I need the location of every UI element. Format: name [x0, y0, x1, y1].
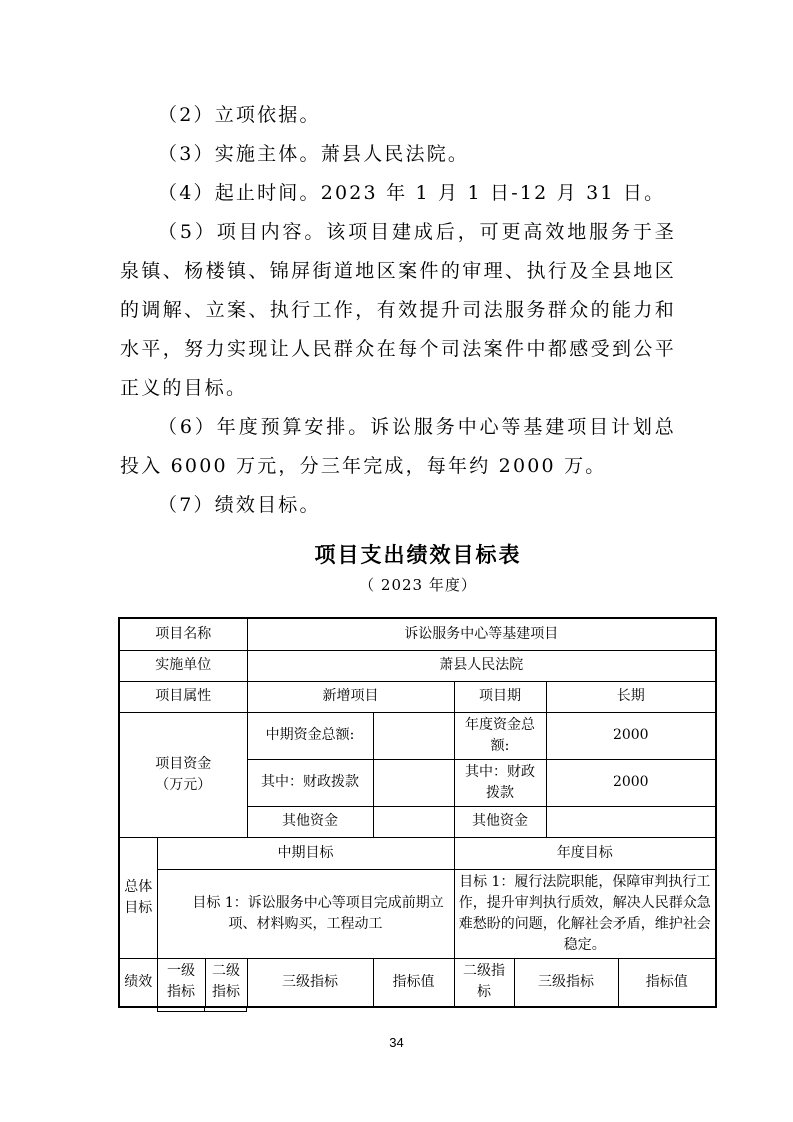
cell-mid-fiscal-value [373, 759, 454, 806]
cell-annual-goal-text: 目标 1：履行法院职能，保障审判执行工作，提升审判执行质效，解决人民群众急难愁盼… [454, 869, 716, 958]
cell-indicator-value-header-annual: 指标值 [618, 958, 716, 1007]
table-row: 目标 1：诉讼服务中心等项目完成前期立项、材料购买，工程动工 目标 1：履行法院… [119, 869, 716, 958]
document-page: （2）立项依据。 （3）实施主体。萧县人民法院。 （4）起止时间。2023 年 … [0, 0, 793, 1122]
cell-level2-indicator-header-annual: 二级指标 [454, 958, 514, 1007]
cell-mid-total-label: 中期资金总额: [247, 712, 373, 759]
performance-target-table: 项目名称 诉讼服务中心等基建项目 实施单位 萧县人民法院 项目属性 新增项目 项… [118, 617, 717, 1008]
cell-level2-indicator-header-mid: 二级指标 [205, 958, 247, 1007]
cell-annual-fiscal-value: 2000 [546, 759, 716, 806]
cell-impl-unit-label: 实施单位 [119, 650, 247, 681]
cell-annual-total-value: 2000 [546, 712, 716, 759]
cell-attr-label: 项目属性 [119, 681, 247, 712]
table-row: 总体目标 中期目标 年度目标 [119, 837, 716, 869]
cell-period-value: 长期 [546, 681, 716, 712]
cell-mid-other-label: 其他资金 [247, 806, 373, 837]
cell-indicator-value-header-mid: 指标值 [373, 958, 454, 1007]
cell-annual-other-label: 其他资金 [454, 806, 546, 837]
paragraph-implementing-body: （3）实施主体。萧县人民法院。 [120, 135, 676, 174]
table-row: 项目资金 （万元） 中期资金总额: 年度资金总额: 2000 [119, 712, 716, 759]
funds-label-line1: 项目资金 [155, 756, 211, 772]
table-subtitle: （ 2023 年度） [118, 574, 718, 596]
cell-level3-indicator-header-mid: 三级指标 [247, 958, 373, 1007]
table-row: 项目名称 诉讼服务中心等基建项目 [119, 618, 716, 650]
cell-impl-unit-value: 萧县人民法院 [247, 650, 716, 681]
cell-level1-indicator-header: 一级指标 [157, 958, 205, 1007]
cell-annual-goal-header: 年度目标 [454, 837, 716, 869]
document-content: （2）立项依据。 （3）实施主体。萧县人民法院。 （4）起止时间。2023 年 … [118, 96, 718, 1008]
table-pagebreak-tail-level2 [204, 1008, 247, 1012]
cell-overall-goal-label: 总体目标 [119, 837, 157, 958]
paragraph-project-content: （5）项目内容。该项目建成后，可更高效地服务于圣泉镇、杨楼镇、锦屏街道地区案件的… [120, 213, 676, 408]
cell-project-name-value: 诉讼服务中心等基建项目 [247, 618, 716, 650]
cell-project-name-label: 项目名称 [119, 618, 247, 650]
cell-mid-fiscal-label: 其中：财政拨款 [247, 759, 373, 806]
cell-attr-value: 新增项目 [247, 681, 454, 712]
cell-mid-goal-header: 中期目标 [157, 837, 454, 869]
funds-label-line2: （万元） [155, 777, 211, 793]
paragraph-time-range: （4）起止时间。2023 年 1 月 1 日-12 月 31 日。 [120, 174, 676, 213]
cell-mid-total-value [373, 712, 454, 759]
cell-period-label: 项目期 [454, 681, 546, 712]
table-row: 实施单位 萧县人民法院 [119, 650, 716, 681]
cell-funds-label: 项目资金 （万元） [119, 712, 247, 837]
paragraph-annual-budget: （6）年度预算安排。诉讼服务中心等基建项目计划总投入 6000 万元，分三年完成… [120, 408, 676, 486]
paragraph-approval-basis: （2）立项依据。 [120, 96, 676, 135]
cell-annual-other-value [546, 806, 716, 837]
cell-perf-label: 绩效 [119, 958, 157, 1007]
cell-mid-other-value [373, 806, 454, 837]
paragraph-performance-goal: （7）绩效目标。 [120, 486, 676, 525]
table-row: 项目属性 新增项目 项目期 长期 [119, 681, 716, 712]
cell-mid-goal-text: 目标 1：诉讼服务中心等项目完成前期立项、材料购买，工程动工 [157, 869, 454, 958]
table-row: 绩效 一级指标 二级指标 三级指标 指标值 二级指标 三级指标 指标值 [119, 958, 716, 1007]
cell-level3-indicator-header-annual: 三级指标 [514, 958, 618, 1007]
table-pagebreak-tail-level1 [157, 1008, 205, 1012]
page-number: 34 [0, 1035, 793, 1050]
cell-annual-total-label: 年度资金总额: [454, 712, 546, 759]
table-title: 项目支出绩效目标表 [118, 540, 718, 570]
cell-annual-fiscal-label: 其中：财政拨款 [454, 759, 546, 806]
